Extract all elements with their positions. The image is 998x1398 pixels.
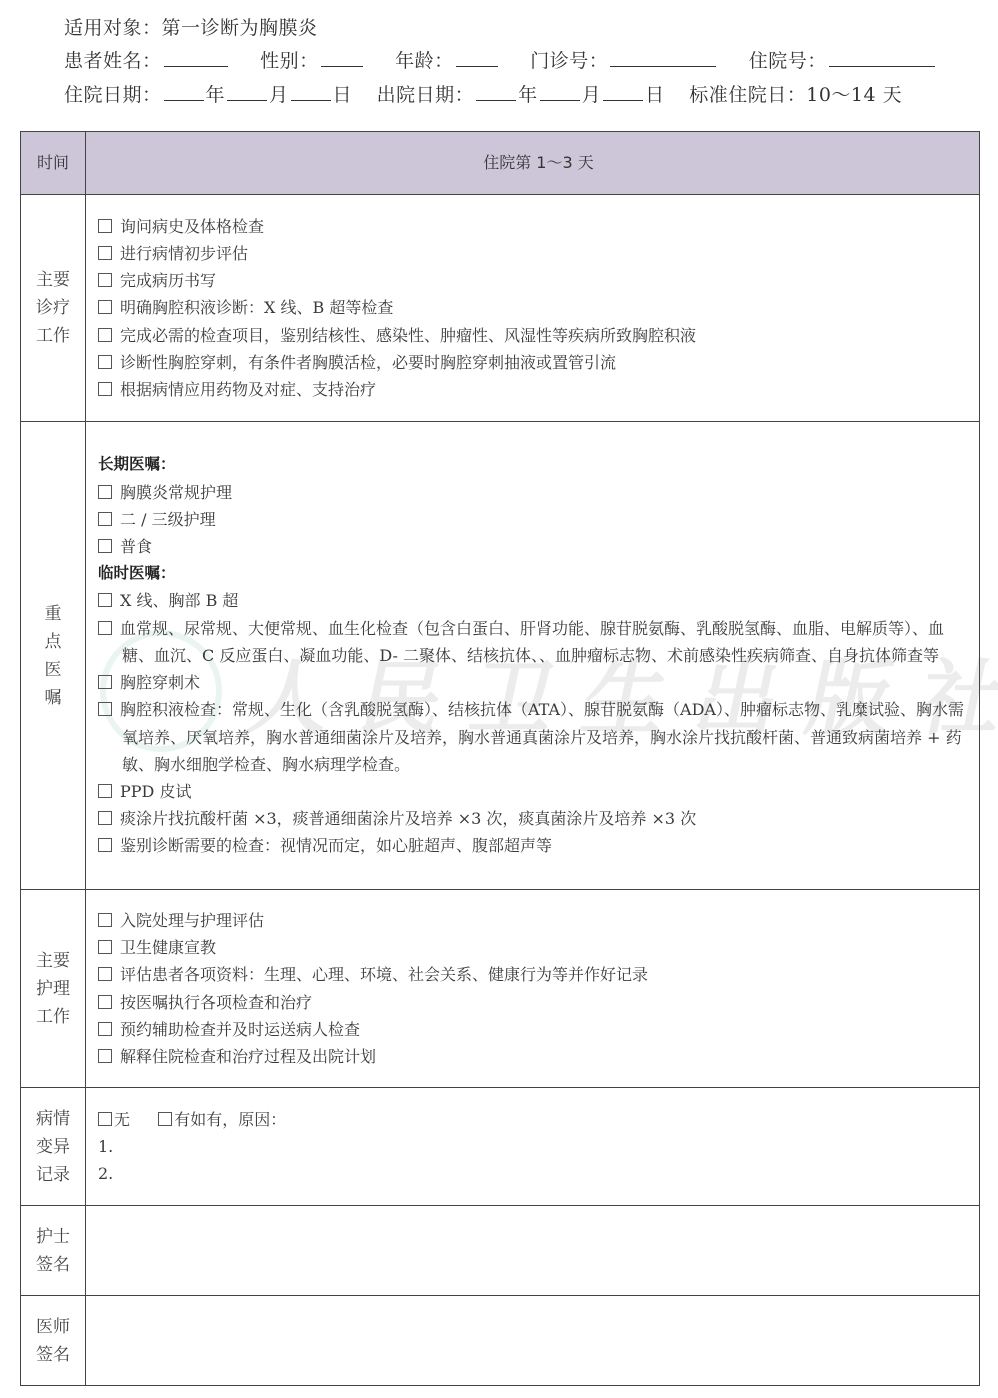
day-label: 日 xyxy=(645,84,665,106)
discharge-month-field[interactable] xyxy=(540,82,580,101)
nurse-sign-label: 护士 签名 xyxy=(21,1206,86,1296)
checkbox-icon[interactable] xyxy=(98,940,112,954)
nursing-label: 主要 护理 工作 xyxy=(21,890,86,1088)
checkbox-icon[interactable] xyxy=(98,273,112,287)
checklist-item[interactable]: 血常规、尿常规、大便常规、血生化检查（包含白蛋白、肝肾功能、腺苷脱氨酶、乳酸脱氢… xyxy=(98,615,979,669)
diagnosis-row: 主要 诊疗 工作 询问病史及体格检查 进行病情初步评估 完成病历书写 明确胸腔积… xyxy=(21,195,980,422)
checkbox-icon[interactable] xyxy=(98,621,112,635)
variation-reason-1[interactable]: 1. xyxy=(98,1133,979,1160)
checklist-item[interactable]: 胸腔穿刺术 xyxy=(98,669,979,696)
checkbox-none[interactable] xyxy=(98,1112,112,1126)
checklist-item[interactable]: 按医嘱执行各项检查和治疗 xyxy=(98,989,979,1016)
outpatient-no-label: 门诊号： xyxy=(530,50,608,72)
checklist-item[interactable]: 预约辅助检查并及时运送病人检查 xyxy=(98,1016,979,1043)
standard-stay-label: 标准住院日： xyxy=(689,84,806,106)
admit-year-field[interactable] xyxy=(164,82,204,101)
header-line-2: 患者姓名： 性别： 年龄： 门诊号： 住院号： xyxy=(64,46,937,73)
checklist-item[interactable]: 入院处理与护理评估 xyxy=(98,907,979,934)
variation-options: 无 有如有，原因： xyxy=(98,1106,979,1133)
checkbox-icon[interactable] xyxy=(98,784,112,798)
checklist-item[interactable]: 痰涂片找抗酸杆菌 ×3，痰普通细菌涂片及培养 ×3 次，痰真菌涂片及培养 ×3 … xyxy=(98,805,979,832)
checkbox-icon[interactable] xyxy=(98,675,112,689)
year-label: 年 xyxy=(206,84,226,106)
checklist-item[interactable]: X 线、胸部 B 超 xyxy=(98,587,979,614)
discharge-date-label: 出院日期： xyxy=(377,84,475,106)
checklist-item[interactable]: 完成病历书写 xyxy=(98,267,979,294)
admit-month-field[interactable] xyxy=(227,82,267,101)
checkbox-icon[interactable] xyxy=(98,913,112,927)
checkbox-icon[interactable] xyxy=(98,967,112,981)
checkbox-icon[interactable] xyxy=(98,1022,112,1036)
clinical-pathway-table: 时间 住院第 1～3 天 主要 诊疗 工作 询问病史及体格检查 进行病情初步评估… xyxy=(20,131,980,1386)
table-header-row: 时间 住院第 1～3 天 xyxy=(21,132,980,195)
checkbox-icon[interactable] xyxy=(98,485,112,499)
age-label: 年龄： xyxy=(395,50,454,72)
nurse-signature-field[interactable] xyxy=(86,1206,980,1296)
checkbox-icon[interactable] xyxy=(98,539,112,553)
gender-label: 性别： xyxy=(260,50,319,72)
standard-stay-value: 10～14 天 xyxy=(806,84,902,106)
checkbox-icon[interactable] xyxy=(98,838,112,852)
checkbox-icon[interactable] xyxy=(98,246,112,260)
checklist-item[interactable]: 完成必需的检查项目，鉴别结核性、感染性、肿瘤性、风湿性等疾病所致胸腔积液 xyxy=(98,322,979,349)
patient-name-field[interactable] xyxy=(164,48,228,67)
checkbox-icon[interactable] xyxy=(98,811,112,825)
nurse-sign-row: 护士 签名 xyxy=(21,1206,980,1296)
diagnosis-items: 询问病史及体格检查 进行病情初步评估 完成病历书写 明确胸腔积液诊断：X 线、B… xyxy=(86,195,980,422)
discharge-day-field[interactable] xyxy=(603,82,643,101)
admit-date-label: 住院日期： xyxy=(64,84,162,106)
month-label: 月 xyxy=(582,84,602,106)
checklist-item[interactable]: 胸腔积液检查：常规、生化（含乳酸脱氢酶）、结核抗体（ATA）、腺苷脱氨酶（ADA… xyxy=(98,696,979,778)
variation-label: 病情 变异 记录 xyxy=(21,1088,86,1206)
age-field[interactable] xyxy=(456,48,498,67)
orders-row: 重 点 医 嘱 长期医嘱： 胸膜炎常规护理 二 / 三级护理 普食 临时医嘱： … xyxy=(21,422,980,890)
inpatient-no-field[interactable] xyxy=(829,48,935,67)
inpatient-no-label: 住院号： xyxy=(749,50,827,72)
time-header: 时间 xyxy=(21,132,86,195)
checklist-item[interactable]: 诊断性胸腔穿刺，有条件者胸膜活检，必要时胸腔穿刺抽液或置管引流 xyxy=(98,349,979,376)
variation-content: 无 有如有，原因： 1. 2. xyxy=(86,1088,980,1206)
header-line-1: 适用对象：第一诊断为胸膜炎 xyxy=(64,13,318,40)
day-label: 日 xyxy=(333,84,353,106)
orders-label: 重 点 医 嘱 xyxy=(21,422,86,890)
checklist-item[interactable]: 普食 xyxy=(98,533,979,560)
discharge-year-field[interactable] xyxy=(476,82,516,101)
checkbox-icon[interactable] xyxy=(98,382,112,396)
checklist-item[interactable]: PPD 皮试 xyxy=(98,778,979,805)
patient-name-label: 患者姓名： xyxy=(64,50,162,72)
checkbox-icon[interactable] xyxy=(98,995,112,1009)
checkbox-icon[interactable] xyxy=(98,328,112,342)
checkbox-icon[interactable] xyxy=(98,512,112,526)
orders-items: 长期医嘱： 胸膜炎常规护理 二 / 三级护理 普食 临时医嘱： X 线、胸部 B… xyxy=(86,422,980,890)
checklist-item[interactable]: 卫生健康宣教 xyxy=(98,934,979,961)
checklist-item[interactable]: 根据病情应用药物及对症、支持治疗 xyxy=(98,376,979,403)
checkbox-icon[interactable] xyxy=(98,702,112,716)
checklist-item[interactable]: 解释住院检查和治疗过程及出院计划 xyxy=(98,1043,979,1070)
nursing-row: 主要 护理 工作 入院处理与护理评估 卫生健康宣教 评估患者各项资料：生理、心理… xyxy=(21,890,980,1088)
checkbox-icon[interactable] xyxy=(98,1049,112,1063)
checklist-item[interactable]: 二 / 三级护理 xyxy=(98,506,979,533)
doctor-sign-row: 医师 签名 xyxy=(21,1296,980,1386)
long-term-orders-title: 长期医嘱： xyxy=(98,451,979,478)
checkbox-icon[interactable] xyxy=(98,219,112,233)
checklist-item[interactable]: 胸膜炎常规护理 xyxy=(98,479,979,506)
nursing-items: 入院处理与护理评估 卫生健康宣教 评估患者各项资料：生理、心理、环境、社会关系、… xyxy=(86,890,980,1088)
outpatient-no-field[interactable] xyxy=(610,48,716,67)
checkbox-icon[interactable] xyxy=(98,300,112,314)
admit-day-field[interactable] xyxy=(291,82,331,101)
year-label: 年 xyxy=(518,84,538,106)
checkbox-icon[interactable] xyxy=(98,593,112,607)
period-header: 住院第 1～3 天 xyxy=(86,132,980,195)
diagnosis-label: 主要 诊疗 工作 xyxy=(21,195,86,422)
checklist-item[interactable]: 鉴别诊断需要的检查：视情况而定，如心脏超声、腹部超声等 xyxy=(98,832,979,859)
checklist-item[interactable]: 明确胸腔积液诊断：X 线、B 超等检查 xyxy=(98,294,979,321)
variation-reason-2[interactable]: 2. xyxy=(98,1160,979,1187)
doctor-sign-label: 医师 签名 xyxy=(21,1296,86,1386)
checkbox-yes[interactable] xyxy=(158,1112,172,1126)
temporary-orders-title: 临时医嘱： xyxy=(98,560,979,587)
gender-field[interactable] xyxy=(321,48,363,67)
header-line-3: 住院日期：年月日 出院日期：年月日 标准住院日：10～14 天 xyxy=(64,80,902,107)
applicable-subject: 适用对象：第一诊断为胸膜炎 xyxy=(64,17,318,39)
checklist-item[interactable]: 评估患者各项资料：生理、心理、环境、社会关系、健康行为等并作好记录 xyxy=(98,961,979,988)
checkbox-icon[interactable] xyxy=(98,355,112,369)
checklist-item[interactable]: 询问病史及体格检查 xyxy=(98,213,979,240)
variation-row: 病情 变异 记录 无 有如有，原因： 1. 2. xyxy=(21,1088,980,1206)
month-label: 月 xyxy=(269,84,289,106)
doctor-signature-field[interactable] xyxy=(86,1296,980,1386)
checklist-item[interactable]: 进行病情初步评估 xyxy=(98,240,979,267)
